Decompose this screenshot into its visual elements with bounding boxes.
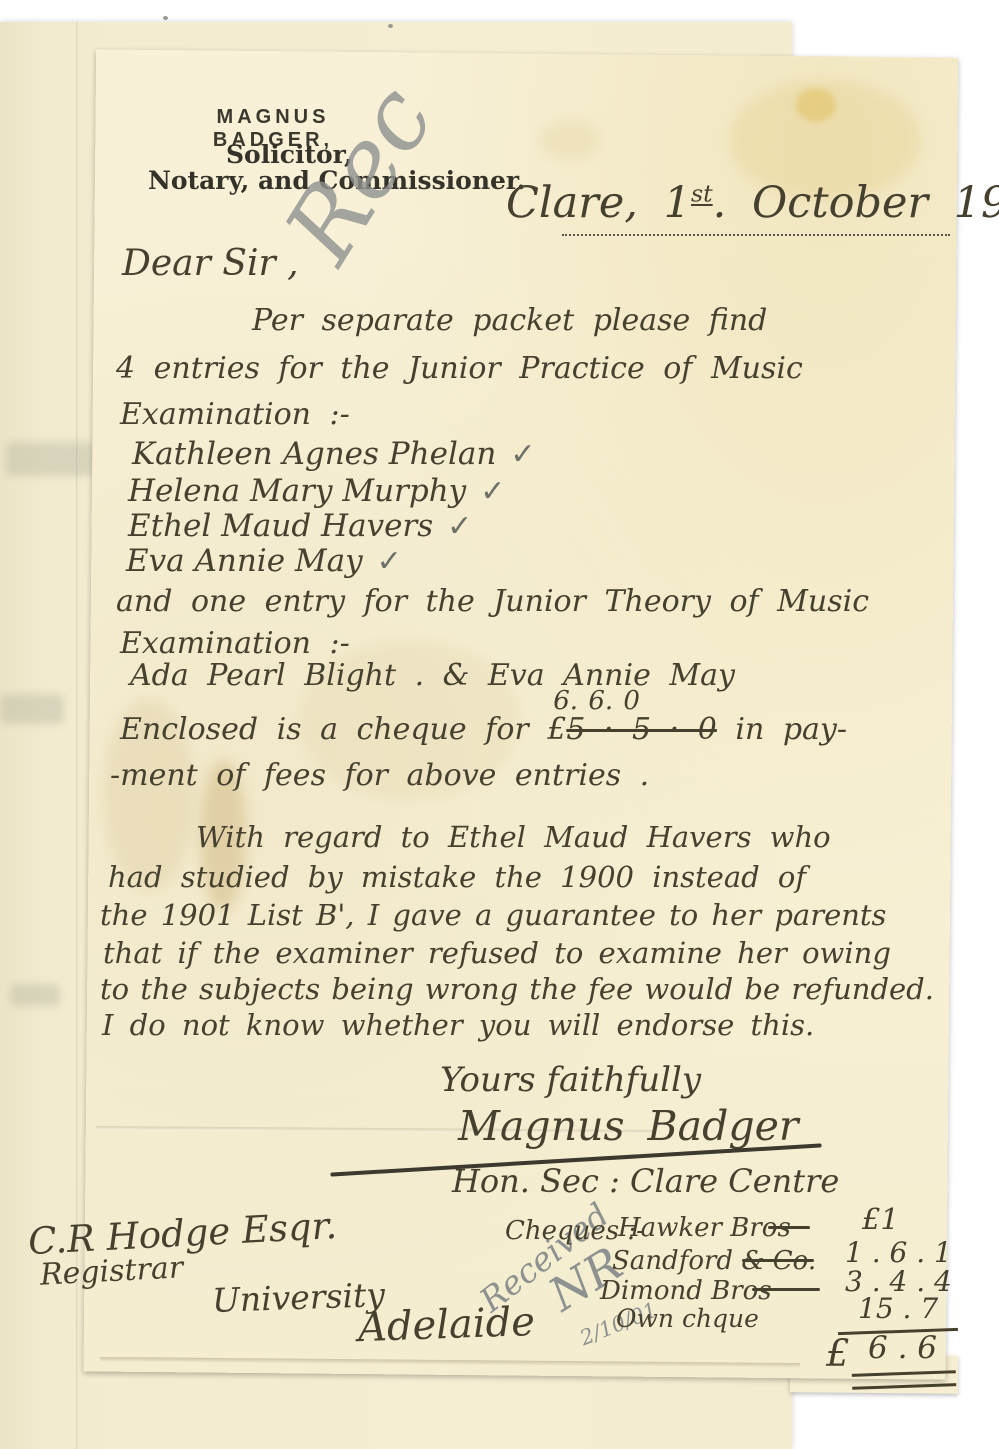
ghost-ink-mark (10, 984, 60, 1006)
cheque-payer: Own chque (616, 1304, 759, 1333)
cheque-pre: Enclosed is a cheque for (120, 712, 529, 747)
entry-name-text: Kathleen Agnes Phelan (132, 436, 496, 472)
date-line: Clare, 1st. October 1901 . (506, 178, 999, 228)
check-mark: ✓ (510, 437, 535, 472)
entry-name: Kathleen Agnes Phelan✓ (132, 436, 535, 472)
original-amount: 5 · 5 · 0 (566, 712, 716, 747)
cheque-payer: Dimond Bros (600, 1276, 772, 1306)
date-ordinal: st (691, 180, 713, 208)
check-mark: ✓ (377, 544, 402, 579)
scanned-letter: MAGNUS BADGER, Solicitor, Notary, and Co… (0, 0, 999, 1449)
cheque-dash (768, 1226, 810, 1229)
dust-speck (388, 24, 393, 28)
dust-speck (163, 16, 168, 20)
body-line: I do not know whether you will endorse t… (102, 1008, 814, 1042)
check-mark: ✓ (480, 474, 505, 509)
cheque-amount: 15 . 7 (858, 1292, 938, 1325)
paper-stain (796, 88, 836, 122)
cheque-post: in pay- (735, 712, 847, 747)
currency-symbol: £ (547, 712, 566, 747)
cheque-sentence: Enclosed is a cheque for £5 · 5 · 06. 6.… (120, 712, 847, 747)
amount-correction: £5 · 5 · 06. 6. 0 (547, 712, 717, 747)
check-mark: ✓ (447, 509, 472, 544)
entry-name: Ethel Maud Havers✓ (128, 508, 472, 544)
total-amount: 6 . 6 (868, 1330, 937, 1366)
addressee-title: Registrar (39, 1250, 184, 1292)
body-line: Per separate packet please find (252, 303, 767, 338)
body-line: had studied by mistake the 1900 instead … (108, 860, 806, 894)
body-line: and one entry for the Junior Theory of M… (116, 584, 869, 619)
body-line: to the subjects being wrong the fee woul… (100, 972, 934, 1006)
body-line: Examination :- (120, 397, 350, 432)
entry-name-text: Eva Annie May (126, 543, 363, 579)
body-line: the 1901 List B', I gave a guarantee to … (100, 898, 886, 932)
cheque-dash (742, 1259, 814, 1262)
ghost-ink-mark (6, 442, 94, 476)
corrected-amount: 6. 6. 0 (553, 686, 640, 716)
entry-name: Helena Mary Murphy✓ (128, 473, 505, 509)
date-place-day: Clare, 1 (506, 178, 691, 228)
ghost-ink-mark (0, 694, 64, 724)
cheque-sentence-2: -ment of fees for above entries . (110, 758, 649, 793)
valediction: Yours faithfully (440, 1060, 701, 1100)
entry-name-text: Ethel Maud Havers (128, 508, 433, 544)
signature-role: Hon. Sec : Clare Centre (452, 1162, 839, 1200)
entry-name: Eva Annie May✓ (126, 543, 402, 579)
body-line: 4 entries for the Junior Practice of Mus… (116, 351, 803, 386)
signature: Magnus Badger (458, 1102, 798, 1150)
cheque-amount: £1 (862, 1202, 899, 1236)
entry-theory: Ada Pearl Blight . & Eva Annie May (130, 658, 735, 693)
total-currency: £ (826, 1332, 850, 1375)
cheque-dash (752, 1288, 820, 1291)
date-underline (562, 234, 950, 236)
paper-stain (540, 120, 600, 160)
body-line: Examination :- (120, 626, 350, 661)
body-line: that if the examiner refused to examine … (103, 936, 891, 970)
cheque-payer: Hawker Bros (618, 1213, 791, 1243)
body-line: With regard to Ethel Maud Havers who (196, 820, 831, 854)
salutation: Dear Sir , (122, 243, 299, 284)
entry-name-text: Helena Mary Murphy (128, 473, 466, 509)
date-rest: . October 1901 . (713, 178, 999, 228)
